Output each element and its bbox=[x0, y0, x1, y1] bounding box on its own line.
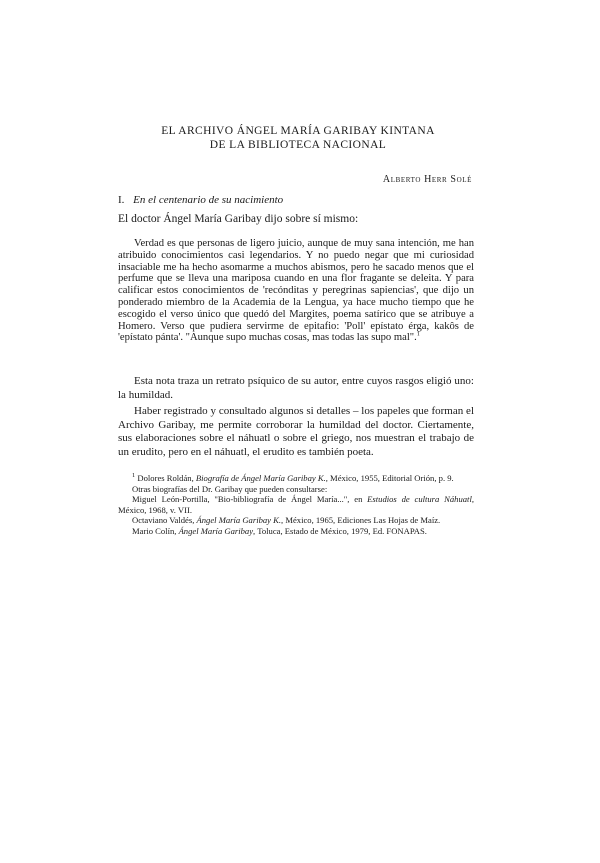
section-title: En el centenario de su nacimiento bbox=[133, 194, 283, 206]
footnotes: 1 Dolores Roldán, Biografía de Ángel Mar… bbox=[118, 473, 474, 537]
footnote: Mario Colín, Ángel María Garibay, Toluca… bbox=[118, 526, 474, 537]
section-heading: I. En el centenario de su nacimiento bbox=[118, 194, 283, 206]
author-name: Alberto Herr Solé bbox=[383, 174, 472, 185]
footnote: Otras biografías del Dr. Garibay que pue… bbox=[118, 484, 474, 495]
footnote: 1 Dolores Roldán, Biografía de Ángel Mar… bbox=[118, 473, 474, 484]
quote-text: Verdad es que personas de ligero juicio,… bbox=[118, 238, 474, 343]
footnote-ref: 1 bbox=[417, 331, 420, 338]
paragraph: Haber registrado y consultado algunos si… bbox=[118, 405, 474, 459]
footnote: Octaviano Valdés, Ángel María Garibay K.… bbox=[118, 515, 474, 526]
block-quote: Verdad es que personas de ligero juicio,… bbox=[118, 238, 474, 344]
document-page: EL ARCHIVO ÁNGEL MARÍA GARIBAY KINTANA D… bbox=[0, 0, 600, 863]
body-text: Esta nota traza un retrato psíquico de s… bbox=[118, 375, 474, 460]
paragraph: Esta nota traza un retrato psíquico de s… bbox=[118, 375, 474, 402]
article-title-line-1: EL ARCHIVO ÁNGEL MARÍA GARIBAY KINTANA bbox=[118, 124, 478, 138]
intro-line: El doctor Ángel María Garibay dijo sobre… bbox=[118, 213, 358, 225]
article-title-line-2: DE LA BIBLIOTECA NACIONAL bbox=[118, 138, 478, 152]
footnote-number: 1 bbox=[132, 472, 135, 479]
footnote: Miguel León-Portilla, "Bio-bibliografía … bbox=[118, 494, 474, 515]
section-number: I. bbox=[118, 194, 124, 206]
